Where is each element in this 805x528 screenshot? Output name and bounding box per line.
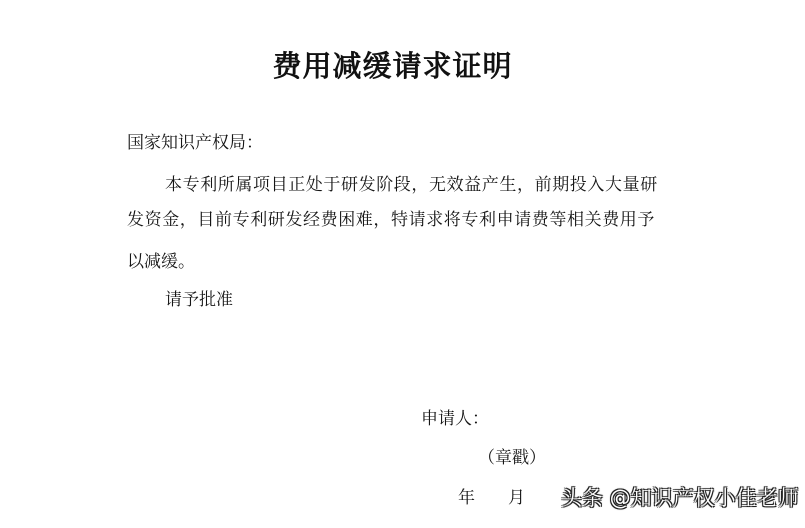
body-line-2: 发资金，目前专利研发经费困难，特请求将专利申请费等相关费用予 xyxy=(127,210,655,230)
body-line-3: 以减缓。 xyxy=(127,252,195,272)
seal-label: （章戳） xyxy=(478,448,546,468)
salutation: 国家知识产权局： xyxy=(127,133,263,153)
date-month-label: 月 xyxy=(508,488,525,508)
closing-request: 请予批准 xyxy=(165,290,233,310)
body-line-1: 本专利所属项目正处于研发阶段，无效益产生，前期投入大量研 xyxy=(165,175,658,195)
date-year-label: 年 xyxy=(458,488,475,508)
watermark: 头条 @知识产权小佳老师 xyxy=(561,485,799,511)
document-title: 费用减缓请求证明 xyxy=(0,44,785,85)
applicant-label: 申请人： xyxy=(421,409,489,429)
